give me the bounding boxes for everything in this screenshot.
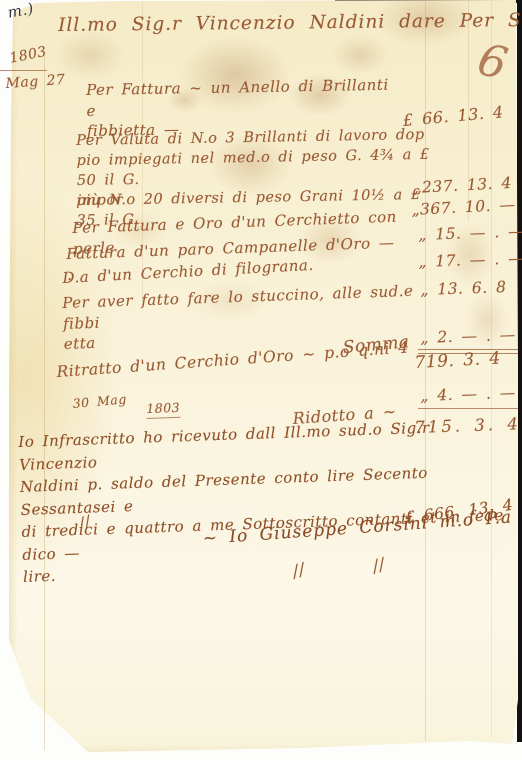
ridotto-rule (418, 408, 518, 409)
ledger-row-amount: „ 13. 6. 8 (420, 277, 507, 301)
somma-amount: 719. 3. 4 (414, 347, 501, 375)
ledger-row-amount: „ 15. — . — (418, 221, 522, 246)
date-cell-rule (0, 70, 47, 71)
date2-year: 1803 (146, 399, 180, 419)
ledger-row-amount: „ 17. — . — (418, 248, 522, 273)
page-title: Ill.mo Sig.r Vincenzio Naldini dare Per … (58, 8, 513, 38)
receipt-paragraph: Io Infrascritto ho ricevuto dall Ill.mo … (18, 414, 519, 589)
ritratto-amount: „ 4. — . — (420, 383, 516, 408)
ledger-row-amount: „ 2. — . — (420, 325, 516, 350)
scanned-document: m.) Ill.mo Sig.r Vincenzio Naldini dare … (0, 0, 522, 760)
